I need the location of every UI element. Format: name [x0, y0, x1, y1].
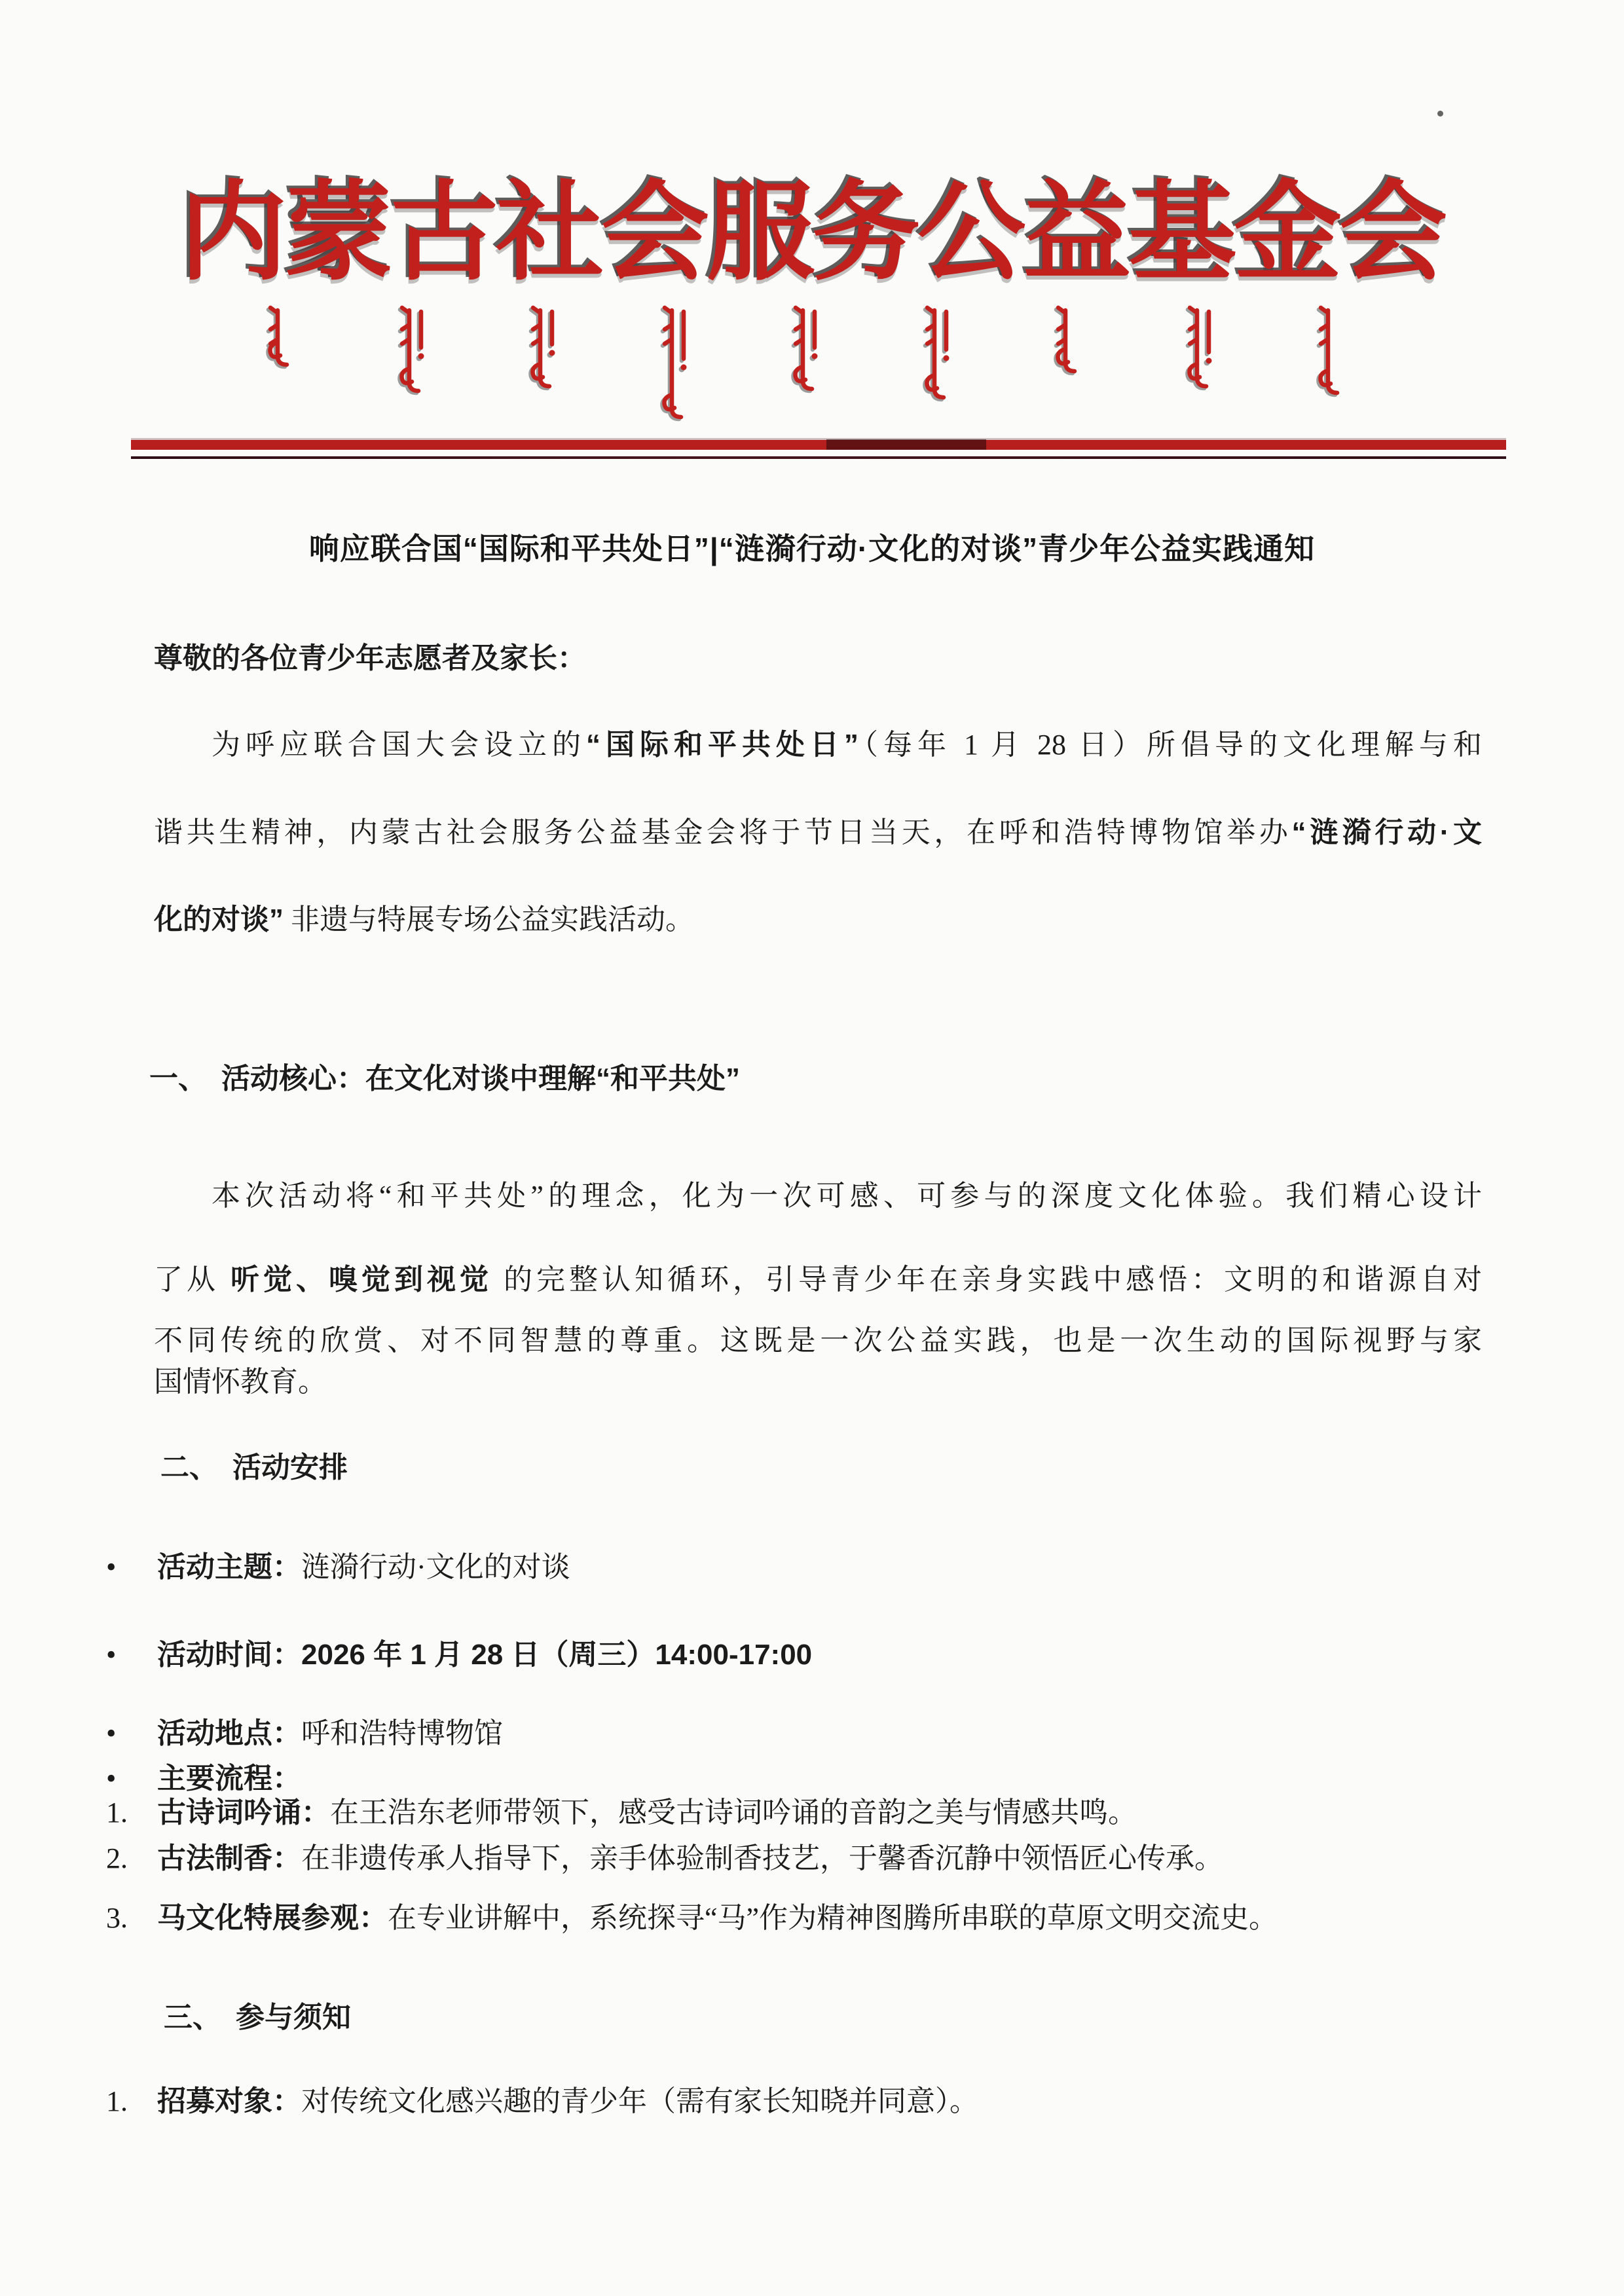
bullet-icon: •: [106, 1638, 157, 1672]
notice-text: 招募对象：对传统文化感兴趣的青少年（需有家长知晓并同意）。: [157, 2085, 1482, 2119]
mongolian-word: [523, 302, 560, 399]
section-one-line-3: 不同传统的欣赏、对不同智慧的尊重。这既是一次公益实践，也是一次生动的国际视野与家: [154, 1324, 1482, 1358]
intro-line-2: 谐共生精神，内蒙古社会服务公益基金会将于节日当天，在呼和浩特博物馆举办“涟漪行动…: [154, 816, 1482, 850]
step-item-1: 1. 古诗词吟诵：在王浩东老师带领下，感受古诗词吟诵的音韵之美与情感共鸣。: [106, 1796, 1482, 1830]
step-text: 古诗词吟诵：在王浩东老师带领下，感受古诗词吟诵的音韵之美与情感共鸣。: [157, 1796, 1482, 1830]
bullet-item-venue: • 活动地点：呼和浩特博物馆: [106, 1717, 1482, 1751]
step-item-2: 2. 古法制香：在非遗传承人指导下，亲手体验制香技艺，于馨香沉静中领悟匠心传承。: [106, 1842, 1482, 1876]
step-item-3: 3. 马文化特展参观：在专业讲解中，系统探寻“马”作为精神图腾所串联的草原文明交…: [106, 1901, 1482, 1935]
bullet-icon: •: [106, 1762, 157, 1796]
mongolian-word: [1048, 302, 1085, 384]
step-number: 2.: [106, 1842, 157, 1876]
salutation: 尊敬的各位青少年志愿者及家长：: [154, 642, 586, 676]
mongolian-word: [1311, 302, 1348, 406]
section-one-heading: 一、 活动核心：在文化对谈中理解“和平共处”: [149, 1062, 740, 1096]
section-two-heading: 二、 活动安排: [160, 1451, 348, 1485]
scan-speck: [1437, 111, 1443, 117]
mongolian-word: [917, 302, 954, 410]
intro-line-3: 化的对谈” 非遗与特展专场公益实践活动。: [154, 903, 1482, 937]
bullet-item-theme: • 活动主题：涟漪行动·文化的对谈: [106, 1550, 1482, 1584]
mongolian-word: [1180, 302, 1217, 399]
section-three-heading: 三、 参与须知: [164, 2001, 351, 2035]
notice-item-1: 1. 招募对象：对传统文化感兴趣的青少年（需有家长知晓并同意）。: [106, 2085, 1482, 2119]
org-name-logotype: 内蒙古社会服务公益基金会: [0, 172, 1624, 296]
document-title: 响应联合国“国际和平共处日”|“涟漪行动·文化的对谈”青少年公益实践通知: [0, 532, 1624, 566]
section-one-line-4: 国情怀教育。: [154, 1365, 327, 1399]
mongolian-word: [655, 302, 692, 430]
section-one-line-1: 本次活动将“和平共处”的理念，化为一次可感、可参与的深度文化体验。我们精心设计: [154, 1179, 1482, 1213]
step-number: 1.: [106, 1796, 157, 1830]
bullet-item-agenda: • 主要流程：: [106, 1762, 1482, 1796]
mongolian-word: [786, 302, 822, 402]
bullet-text: 主要流程：: [157, 1762, 1482, 1796]
bullet-icon: •: [106, 1550, 157, 1584]
letterhead-rule-thick: [131, 440, 1506, 450]
section-one-line-2: 了从 听觉、嗅觉到视觉 的完整认知循环，引导青少年在亲身实践中感悟：文明的和谐源…: [154, 1263, 1482, 1297]
letterhead-rule-shade: [826, 439, 986, 450]
step-text: 马文化特展参观：在专业讲解中，系统探寻“马”作为精神图腾所串联的草原文明交流史。: [157, 1901, 1482, 1935]
bullet-text: 活动主题：涟漪行动·文化的对谈: [157, 1550, 1482, 1584]
mongolian-word: [392, 302, 429, 404]
bullet-text: 活动时间：2026 年 1 月 28 日（周三）14:00-17:00: [157, 1638, 1482, 1672]
bullet-item-time: • 活动时间：2026 年 1 月 28 日（周三）14:00-17:00: [106, 1638, 1482, 1672]
bullet-icon: •: [106, 1717, 157, 1751]
step-number: 3.: [106, 1901, 157, 1935]
bullet-text: 活动地点：呼和浩特博物馆: [157, 1717, 1482, 1751]
notice-number: 1.: [106, 2085, 157, 2119]
letterhead-rule-thin: [131, 456, 1506, 459]
step-text: 古法制香：在非遗传承人指导下，亲手体验制香技艺，于馨香沉静中领悟匠心传承。: [157, 1842, 1482, 1876]
intro-line-1: 为呼应联合国大会设立的“国际和平共处日”（每年 1 月 28 日）所倡导的文化理…: [154, 728, 1482, 762]
mongolian-word: [261, 302, 297, 378]
mongolian-script-row: [261, 302, 1348, 430]
scanned-notice-page: 内蒙古社会服务公益基金会 响应联合国“国际和平共处日”|“涟漪行动·文化的对谈”…: [0, 0, 1624, 2296]
